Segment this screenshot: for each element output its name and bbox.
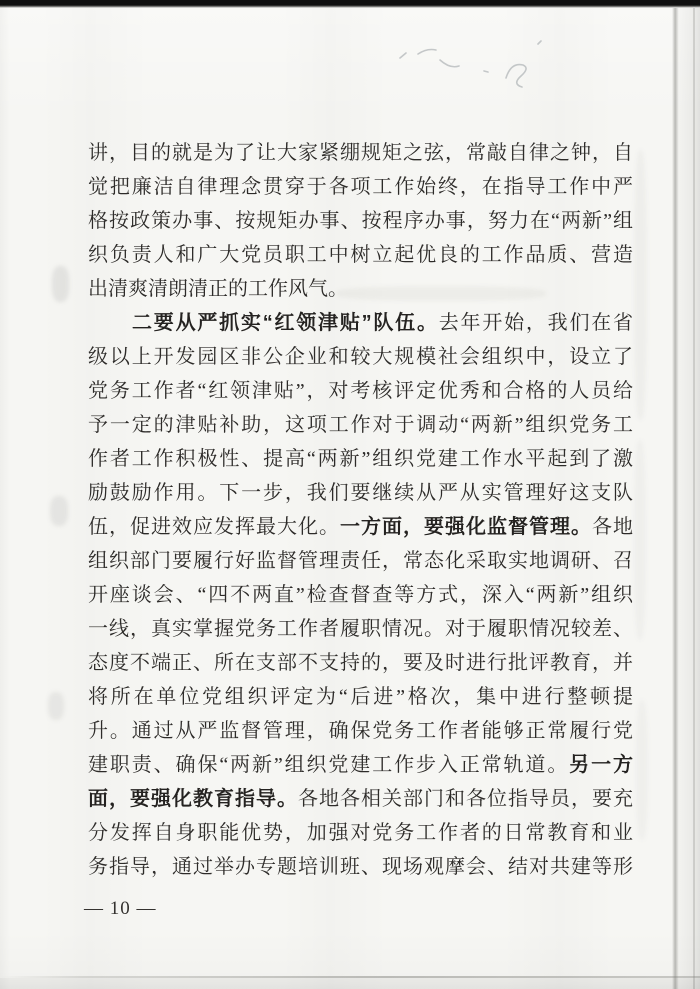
text-segment: 励鼓励作用。下一步，我们要继续从严从实管理好这支队 <box>88 482 633 504</box>
text-line: 建职责、确保“两新”组织党建工作步入正常轨道。另一方 <box>88 748 633 782</box>
document-body-text: 讲，目的就是为了让大家紧绷规矩之弦，常敲自律之钟，自觉把廉洁自律理念贯穿于各项工… <box>88 136 633 884</box>
bold-segment: 一方面，要强化监督管理。 <box>340 516 592 538</box>
text-line: 态度不端正、所在支部不支持的，要及时进行批评教育，并 <box>88 646 633 680</box>
bleedthrough-smudge <box>48 692 64 720</box>
text-segment: 织负责人和广大党员职工中树立起优良的工作品质、营造 <box>88 244 633 266</box>
scan-edge-bottom <box>0 978 700 989</box>
bold-segment: 另一方 <box>569 754 633 776</box>
bold-segment: 二要从严抓实“红领津贴”队伍。 <box>132 312 439 334</box>
text-segment: 升。通过从严监督管理，确保党务工作者能够正常履行党 <box>88 720 633 742</box>
scanned-document-page: { "meta": { "colors": { "paper": "#f6f6f… <box>0 0 700 989</box>
text-line: 一线，真实掌握党务工作者履职情况。对于履职情况较差、 <box>88 612 633 646</box>
text-line: 开座谈会、“四不两直”检查督查等方式，深入“两新”组织 <box>88 578 633 612</box>
scan-edge-right-line <box>693 8 695 989</box>
text-segment: 建职责、确保“两新”组织党建工作步入正常轨道。 <box>88 754 569 776</box>
text-line: 作者工作积极性、提高“两新”组织党建工作水平起到了激 <box>88 442 633 476</box>
text-line: 出清爽清朗清正的工作风气。 <box>88 272 633 306</box>
bleedthrough-smudge <box>634 440 646 640</box>
text-segment: 伍，促进效应发挥最大化。 <box>88 516 340 538</box>
text-segment: 讲，目的就是为了让大家紧绷规矩之弦，常敲自律之钟，自 <box>88 142 633 164</box>
text-segment: 分发挥自身职能优势，加强对党务工作者的日常教育和业 <box>88 822 633 844</box>
text-line: 分发挥自身职能优势，加强对党务工作者的日常教育和业 <box>88 816 633 850</box>
text-segment: 作者工作积极性、提高“两新”组织党建工作水平起到了激 <box>88 448 633 470</box>
text-segment: 一线，真实掌握党务工作者履职情况。对于履职情况较差、 <box>88 618 633 640</box>
bleedthrough-smudge <box>50 496 68 526</box>
bleedthrough-smudge <box>634 150 647 420</box>
text-line: 予一定的津贴补助，这项工作对于调动“两新”组织党务工 <box>88 408 633 442</box>
scan-edge-right <box>679 8 700 989</box>
text-line: 级以上开发园区非公企业和较大规模社会组织中，设立了 <box>88 340 633 374</box>
text-segment: 各地各相关部门和各位指导员，要充 <box>298 788 633 810</box>
text-line: 党务工作者“红领津贴”，对考核评定优秀和合格的人员给 <box>88 374 633 408</box>
text-segment: 开座谈会、“四不两直”检查督查等方式，深入“两新”组织 <box>88 584 633 606</box>
text-segment: 组织部门要履行好监督管理责任，常态化采取实地调研、召 <box>88 550 633 572</box>
text-segment: 态度不端正、所在支部不支持的，要及时进行批评教育，并 <box>88 652 633 674</box>
text-line: 组织部门要履行好监督管理责任，常态化采取实地调研、召 <box>88 544 633 578</box>
text-line: 讲，目的就是为了让大家紧绷规矩之弦，常敲自律之钟，自 <box>88 136 633 170</box>
text-segment: 党务工作者“红领津贴”，对考核评定优秀和合格的人员给 <box>88 380 633 402</box>
scan-edge-top <box>0 0 700 8</box>
text-segment: 将所在单位党组织评定为“后进”格次，集中进行整顿提 <box>88 686 633 708</box>
bleedthrough-smudge <box>636 700 648 840</box>
text-line: 务指导，通过举办专题培训班、现场观摩会、结对共建等形 <box>88 850 633 884</box>
text-segment: 予一定的津贴补助，这项工作对于调动“两新”组织党务工 <box>88 414 633 436</box>
text-segment: 级以上开发园区非公企业和较大规模社会组织中，设立了 <box>88 346 633 368</box>
text-line: 伍，促进效应发挥最大化。一方面，要强化监督管理。各地 <box>88 510 633 544</box>
pencil-scribble-marks <box>380 20 600 110</box>
page-number: — 10 — <box>84 892 157 926</box>
bold-segment: 面，要强化教育指导。 <box>88 788 298 810</box>
bleedthrough-smudge <box>52 266 69 302</box>
text-line: 织负责人和广大党员职工中树立起优良的工作品质、营造 <box>88 238 633 272</box>
text-line: 励鼓励作用。下一步，我们要继续从严从实管理好这支队 <box>88 476 633 510</box>
text-line: 将所在单位党组织评定为“后进”格次，集中进行整顿提 <box>88 680 633 714</box>
text-line: 觉把廉洁自律理念贯穿于各项工作始终，在指导工作中严 <box>88 170 633 204</box>
text-segment: 各地 <box>592 516 633 538</box>
text-segment: 觉把廉洁自律理念贯穿于各项工作始终，在指导工作中严 <box>88 176 633 198</box>
text-segment: 出清爽清朗清正的工作风气。 <box>88 278 348 300</box>
text-line: 面，要强化教育指导。各地各相关部门和各位指导员，要充 <box>88 782 633 816</box>
text-segment: 格按政策办事、按规矩办事、按程序办事，努力在“两新”组 <box>88 210 633 232</box>
text-line: 二要从严抓实“红领津贴”队伍。去年开始，我们在省 <box>88 306 633 340</box>
page-fold-shadow <box>672 8 679 989</box>
text-line: 格按政策办事、按规矩办事、按程序办事，努力在“两新”组 <box>88 204 633 238</box>
text-segment: 务指导，通过举办专题培训班、现场观摩会、结对共建等形 <box>88 856 633 878</box>
text-line: 升。通过从严监督管理，确保党务工作者能够正常履行党 <box>88 714 633 748</box>
text-segment: 去年开始，我们在省 <box>439 312 633 334</box>
